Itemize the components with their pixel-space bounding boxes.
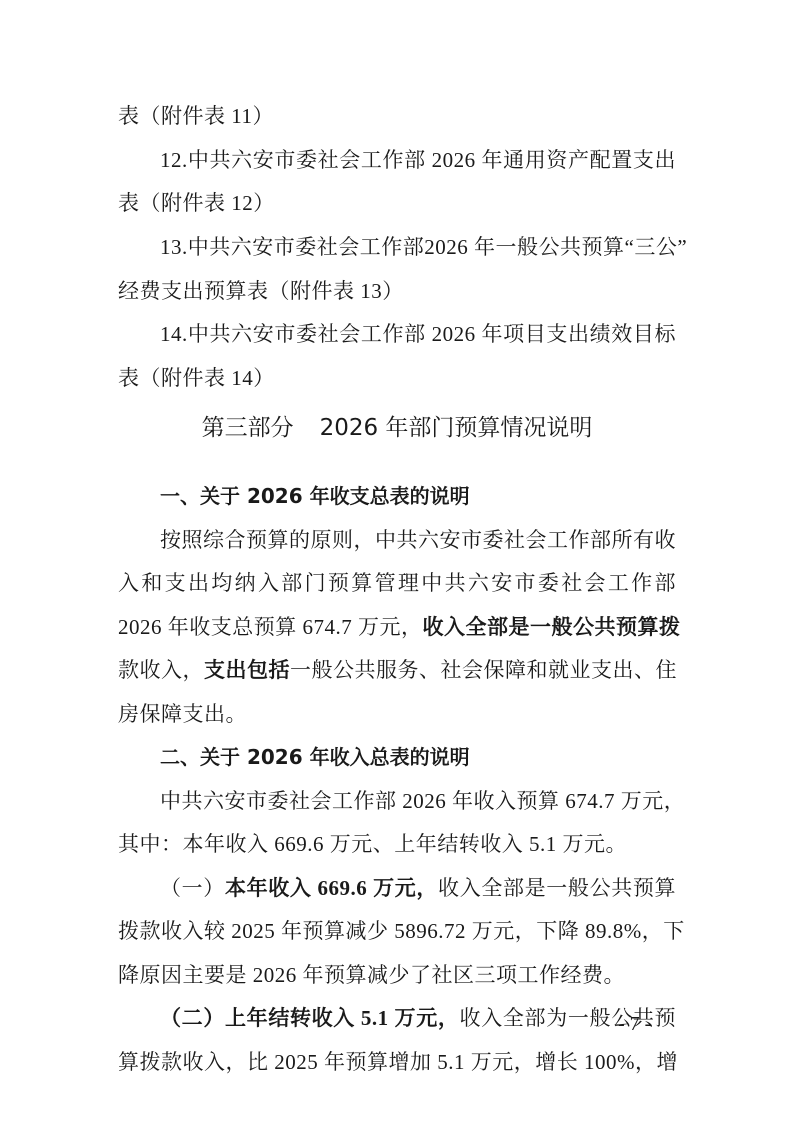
total-budget-text: 2026 年收支总预算 674.7 万元， (118, 615, 423, 639)
sub1-number: （一） (160, 876, 225, 900)
attachment-14-line1: 14.中共六安市委社会工作部 2026 年项目支出绩效目标 (160, 320, 676, 348)
page-number: - 7 - (618, 1012, 651, 1036)
section-2-sub1-line2: 拨款收入较 2025 年预算减少 5896.72 万元，下降 89.8%，下 (118, 917, 676, 945)
attachment-13-line1: 13.中共六安市委社会工作部2026 年一般公共预算“三公” (160, 233, 676, 261)
attachment-12-line2: 表（附件表 12） (118, 189, 275, 217)
part-label: 第三部分 (202, 415, 294, 441)
sub1-label: 本年收入 669.6 万元， (225, 876, 438, 900)
section-1-p1-line3: 2026 年收支总预算 674.7 万元，收入全部是一般公共预算拨 (118, 613, 676, 641)
attachment-11-tail: 表（附件表 11） (118, 102, 274, 130)
section-2-p1-line1: 中共六安市委社会工作部 2026 年收入预算 674.7 万元， (160, 787, 676, 815)
section-2-sub2-line2: 算拨款收入，比 2025 年预算增加 5.1 万元，增长 100%，增 (118, 1048, 676, 1076)
attachment-14-line2: 表（附件表 14） (118, 364, 275, 392)
section-2-p1-line2: 其中：本年收入 669.6 万元、上年结转收入 5.1 万元。 (118, 830, 627, 858)
attachment-12-line1: 12.中共六安市委社会工作部 2026 年通用资产配置支出 (160, 146, 676, 174)
part-title: 第三部分2026 年部门预算情况说明 (118, 413, 676, 443)
income-source-text: 收入全部是一般公共预算拨 (423, 615, 681, 639)
section-2-sub1-line3: 降原因主要是 2026 年预算减少了社区三项工作经费。 (118, 961, 625, 989)
expense-categories-text: 一般公共服务、社会保障和就业支出、住 (290, 658, 677, 682)
section-1-heading: 一、关于 2026 年收支总表的说明 (160, 482, 470, 510)
income-type-text: 款收入， (118, 658, 204, 682)
section-1-p1-line1: 按照综合预算的原则，中共六安市委社会工作部所有收 (160, 526, 676, 554)
section-1-p1-line4: 款收入，支出包括一般公共服务、社会保障和就业支出、住 (118, 656, 676, 684)
section-1-p1-line5: 房保障支出。 (118, 700, 247, 728)
section-2-sub1-line1: （一）本年收入 669.6 万元，收入全部是一般公共预算 (160, 874, 676, 902)
section-2-sub2-line1: （二）上年结转收入 5.1 万元，收入全部为一般公共预 (160, 1004, 676, 1032)
expense-includes-label: 支出包括 (204, 658, 290, 682)
part-heading: 2026 年部门预算情况说明 (320, 415, 593, 441)
sub2-label: （二）上年结转收入 5.1 万元， (160, 1006, 460, 1030)
sub1-text: 收入全部是一般公共预算 (438, 876, 676, 900)
attachment-13-line2: 经费支出预算表（附件表 13） (118, 277, 404, 305)
section-2-heading: 二、关于 2026 年收入总表的说明 (160, 743, 470, 771)
section-1-p1-line2: 入和支出均纳入部门预算管理中共六安市委社会工作部 (118, 569, 676, 597)
